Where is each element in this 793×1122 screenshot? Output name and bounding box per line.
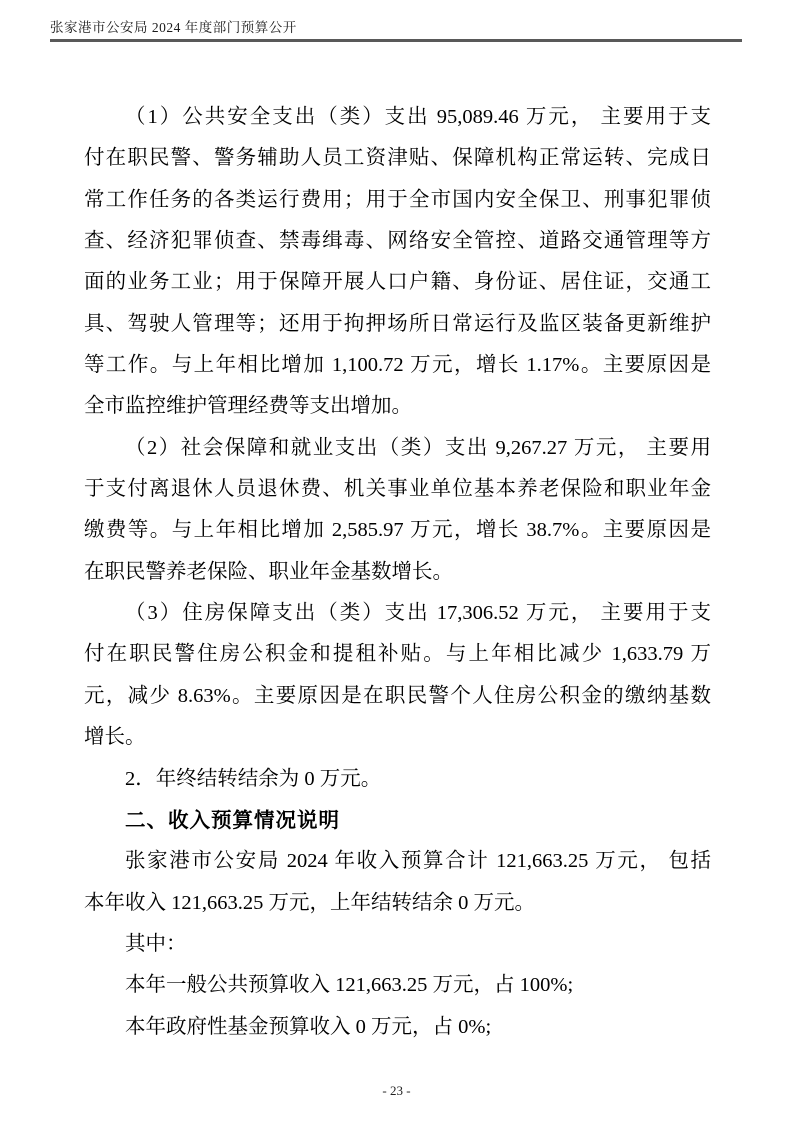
paragraph-line: （3）住房保障支出（类）支出 17,306.52 万元， 主要用于支 bbox=[84, 593, 711, 634]
paragraph-line: 元，减少 8.63%。主要原因是在职民警个人住房公积金的缴纳基数 bbox=[84, 676, 711, 717]
page-number: - 23 - bbox=[0, 1083, 793, 1099]
paragraph-line: 全市监控维护管理经费等支出增加。 bbox=[84, 386, 711, 427]
paragraph-line: 增长。 bbox=[84, 717, 711, 758]
paragraph-line: 张家港市公安局 2024 年收入预算合计 121,663.25 万元， 包括 bbox=[84, 841, 711, 882]
paragraph-line: 本年政府性基金预算收入 0 万元，占 0%; bbox=[84, 1007, 711, 1048]
header-rule bbox=[50, 39, 742, 42]
paragraph-line: 等工作。与上年相比增加 1,100.72 万元，增长 1.17%。主要原因是 bbox=[84, 345, 711, 386]
page-header-title: 张家港市公安局 2024 年度部门预算公开 bbox=[50, 16, 297, 36]
paragraph-line: 在职民警养老保险、职业年金基数增长。 bbox=[84, 552, 711, 593]
section-heading: 二、收入预算情况说明 bbox=[84, 800, 711, 841]
content-area: （1）公共安全支出（类）支出 95,089.46 万元， 主要用于支付在职民警、… bbox=[84, 97, 711, 1048]
paragraph-line: 查、经济犯罪侦查、禁毒缉毒、网络安全管控、道路交通管理等方 bbox=[84, 221, 711, 262]
paragraph-line: 付在职民警住房公积金和提租补贴。与上年相比减少 1,633.79 万 bbox=[84, 634, 711, 675]
paragraph-line: 常工作任务的各类运行费用；用于全市国内安全保卫、刑事犯罪侦 bbox=[84, 180, 711, 221]
paragraph-line: （2）社会保障和就业支出（类）支出 9,267.27 万元， 主要用 bbox=[84, 428, 711, 469]
paragraph-line: 具、驾驶人管理等；还用于拘押场所日常运行及监区装备更新维护 bbox=[84, 304, 711, 345]
document-page: 张家港市公安局 2024 年度部门预算公开 （1）公共安全支出（类）支出 95,… bbox=[0, 0, 793, 1122]
paragraph-line: 于支付离退休人员退休费、机关事业单位基本养老保险和职业年金 bbox=[84, 469, 711, 510]
paragraph-line: 面的业务工业；用于保障开展人口户籍、身份证、居住证，交通工 bbox=[84, 262, 711, 303]
paragraph-line: 2．年终结转结余为 0 万元。 bbox=[84, 759, 711, 800]
paragraph-line: （1）公共安全支出（类）支出 95,089.46 万元， 主要用于支 bbox=[84, 97, 711, 138]
paragraph-line: 其中： bbox=[84, 924, 711, 965]
paragraph-line: 缴费等。与上年相比增加 2,585.97 万元，增长 38.7%。主要原因是 bbox=[84, 510, 711, 551]
paragraph-line: 本年收入 121,663.25 万元，上年结转结余 0 万元。 bbox=[84, 883, 711, 924]
paragraph-line: 付在职民警、警务辅助人员工资津贴、保障机构正常运转、完成日 bbox=[84, 138, 711, 179]
paragraph-line: 本年一般公共预算收入 121,663.25 万元，占 100%; bbox=[84, 965, 711, 1006]
